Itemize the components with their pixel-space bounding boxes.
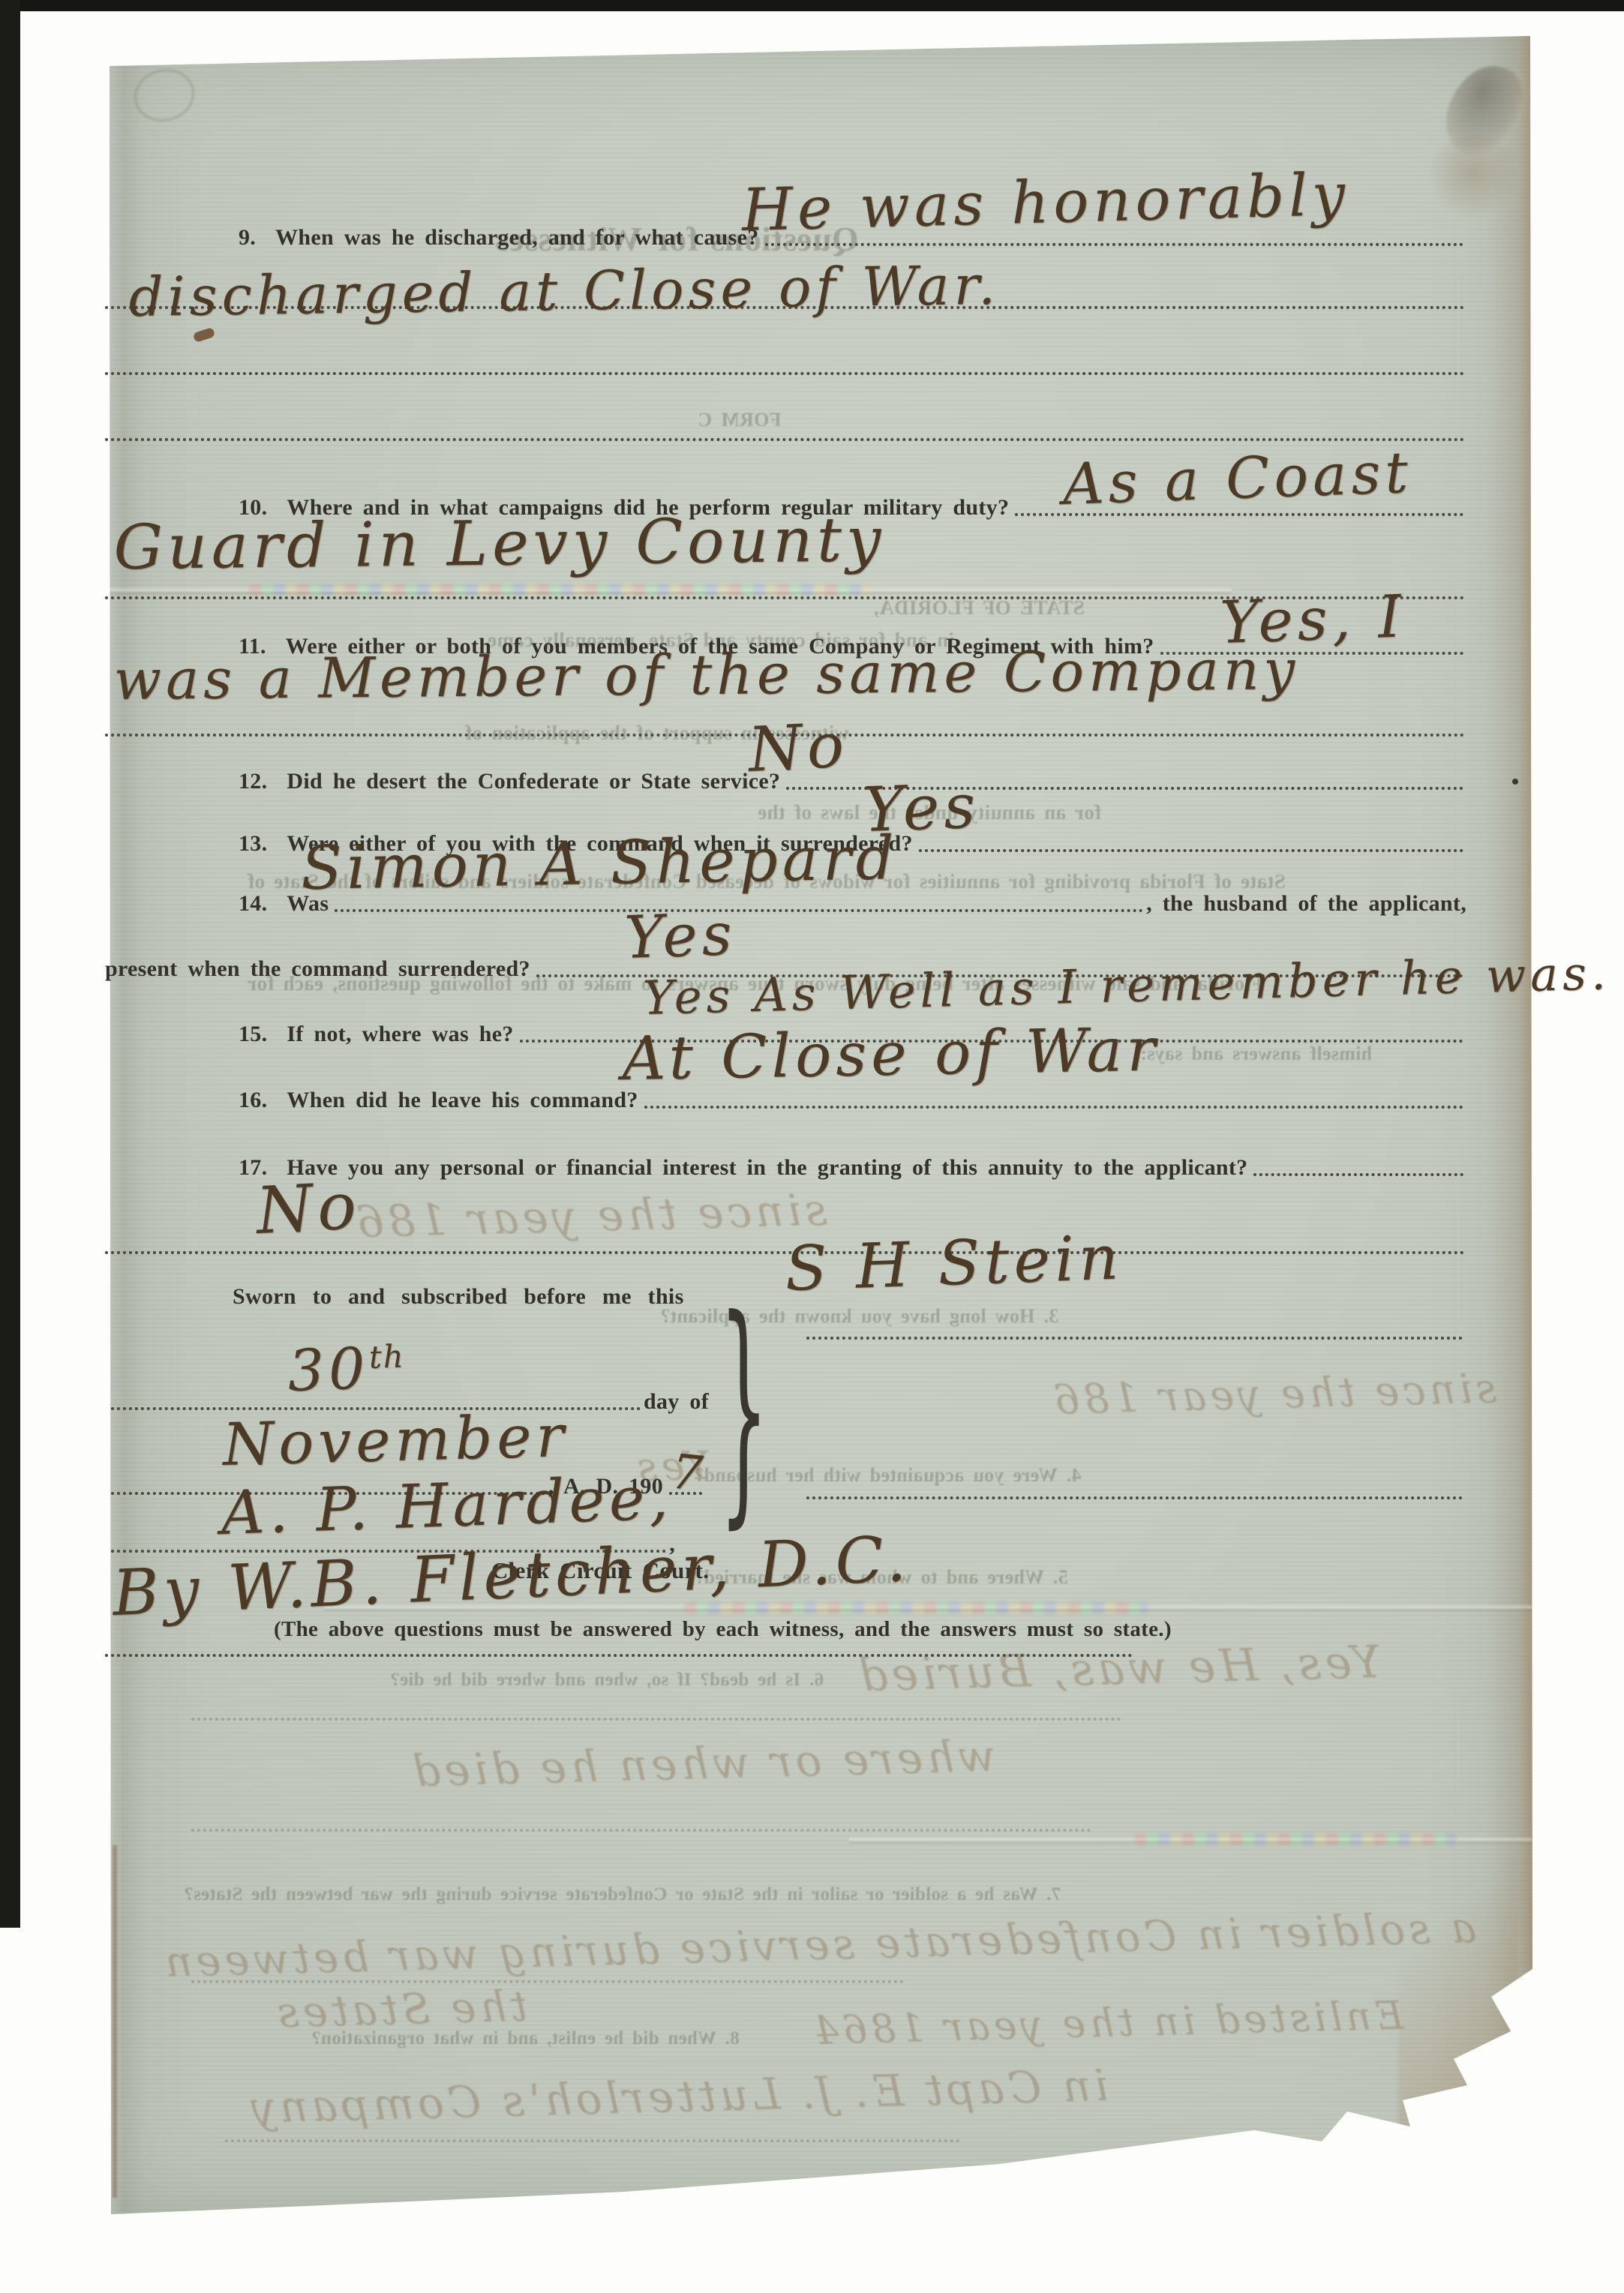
- question-17-text: Have you any personal or financial inter…: [287, 1155, 1247, 1181]
- answer-dotted-line: [105, 438, 1465, 441]
- iridescent-artifact: [684, 1602, 1149, 1614]
- answer-11-line2: was a Member of the same Company: [113, 642, 1299, 708]
- jurat-brace: }: [719, 1269, 769, 1550]
- bleed-script: since the year 186: [1049, 1368, 1497, 1421]
- question-12-number: 12.: [239, 769, 267, 794]
- bleed-question: 7. Was he a soldier or sailor in the Sta…: [184, 1884, 1061, 1905]
- answer-10-line2: Guard in Levy County: [113, 509, 886, 579]
- bleed-dotted-line: [191, 1829, 1091, 1832]
- ink-fleck: [1512, 779, 1518, 785]
- month-written: November: [222, 1407, 569, 1475]
- signature-dotted-line: [806, 1337, 1463, 1340]
- bleed-dotted-line: [191, 1980, 904, 1983]
- question-17-row: 17. Have you any personal or financial i…: [239, 1155, 1466, 1181]
- question-14-number: 14.: [239, 891, 267, 917]
- question-14-text-after: , the husband of the applicant,: [1146, 891, 1466, 917]
- bleed-dotted-line: [225, 2139, 960, 2142]
- question-13-number: 13.: [239, 831, 267, 857]
- question-15-number: 15.: [239, 1022, 267, 1047]
- scanned-pension-witness-form: Questions for Witnesses FORM C STATE OF …: [0, 0, 1624, 2293]
- answer-9-line2: discharged at Close of War.: [128, 258, 1000, 324]
- question-12-text: Did he desert the Confederate or State s…: [287, 769, 780, 794]
- instruction-note: (The above questions must be answered by…: [274, 1617, 1172, 1642]
- question-16-row: 16. When did he leave his command?: [239, 1088, 1466, 1113]
- answer-dotted-line: [919, 849, 1463, 852]
- long-dotted-line: [105, 1654, 1133, 1657]
- bleed-script: since the year 186: [352, 1188, 827, 1244]
- edge-streak: [113, 1845, 117, 2198]
- answer-dotted-line: [644, 1106, 1463, 1109]
- bleed-dotted-line: [191, 1718, 1121, 1721]
- answer-17: No: [254, 1174, 362, 1244]
- question-12-row: 12. Did he desert the Confederate or Sta…: [239, 769, 1466, 794]
- year-digit-written: 7: [669, 1448, 709, 1499]
- sworn-statement-text: Sworn to and subscribed before me this: [233, 1284, 684, 1310]
- answer-10-line1: As a Coast: [1061, 444, 1413, 513]
- answer-dotted-line: [765, 243, 1463, 246]
- day-of-label: day of: [644, 1389, 709, 1415]
- answer-12: No: [747, 715, 850, 782]
- question-9-number: 9.: [239, 225, 256, 251]
- left-fold-highlight: [99, 30, 144, 2224]
- answer-dotted-line: [105, 372, 1465, 375]
- bleed-script: Yes, He was, Buried: [854, 1640, 1382, 1698]
- answer-9-line1: He was honorably: [741, 166, 1350, 240]
- question-16-number: 16.: [239, 1088, 267, 1113]
- answer-dotted-line: [1253, 1173, 1463, 1176]
- scanner-edge-top: [0, 0, 1624, 11]
- question-16-text: When did he leave his command?: [287, 1088, 638, 1113]
- day-suffix: th: [368, 1337, 405, 1376]
- question-9-text: When was he discharged, and for what cau…: [275, 225, 758, 251]
- bleed-question: 8. When did he enlist, and in what organ…: [311, 2028, 740, 2049]
- answer-14-name: Simon A Shepard: [301, 828, 899, 899]
- question-14-text-line2: present when the command surrendered?: [105, 956, 530, 982]
- answer-16: At Close of War: [622, 1019, 1160, 1089]
- empty-dotted-line-right: [806, 1496, 1463, 1499]
- question-15-text: If not, where was he?: [287, 1022, 513, 1047]
- iridescent-artifact: [1134, 1833, 1457, 1845]
- witness-signature: S H Stein: [784, 1227, 1124, 1301]
- bleed-state-label: STATE OF FLORIDA,: [874, 596, 1085, 620]
- scanner-edge-left: [0, 0, 20, 1928]
- bleed-script: the States: [273, 1986, 528, 2035]
- bleed-form-label: FORM C: [698, 409, 782, 431]
- name-dotted-line: [335, 909, 1143, 912]
- iridescent-artifact: [249, 584, 872, 596]
- bleed-question: 6. Is he dead? If so, when and where did…: [390, 1670, 824, 1691]
- answer-14-line2: Yes: [623, 905, 737, 968]
- iridescent-artifact: [437, 30, 1149, 38]
